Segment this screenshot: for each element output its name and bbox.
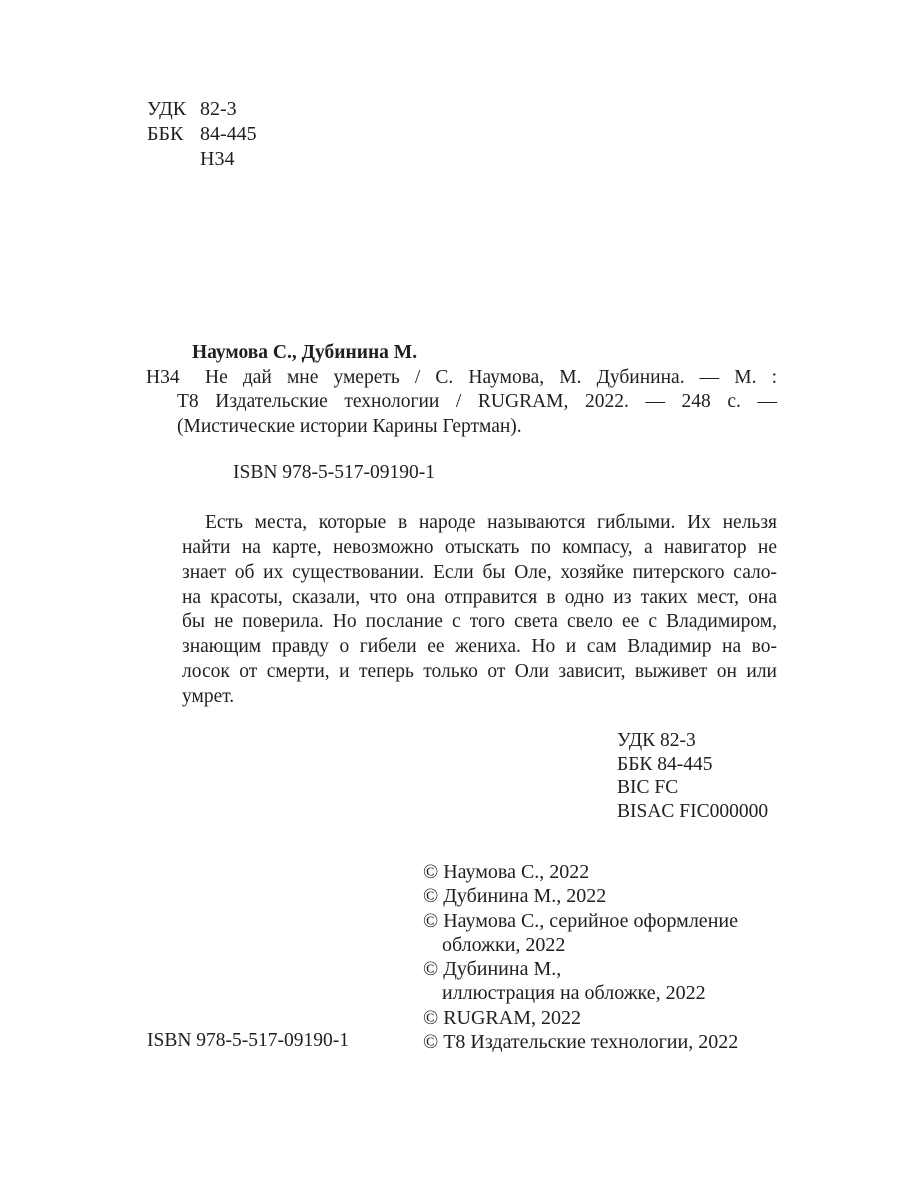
udk-value: 82-3 xyxy=(200,97,237,122)
author-sign-value: Н34 xyxy=(200,147,234,172)
bbk-row: ББК 84-445 xyxy=(147,122,257,147)
catalog-entry-code: Н34 xyxy=(146,366,180,391)
bbk-value: 84-445 xyxy=(200,122,257,147)
isbn-line: ISBN 978-5-517-09190-1 xyxy=(233,461,435,486)
copyright-list: © Наумова С., 2022© Дубинина М., 2022© Н… xyxy=(423,860,738,1054)
udk-row: УДК 82-3 xyxy=(147,97,257,122)
description-lines: Не дай мне умереть / С. Наумова, М. Дуби… xyxy=(177,366,777,440)
author-heading: Наумова С., Дубинина М. xyxy=(177,341,777,366)
bbk-label: ББК xyxy=(147,122,200,147)
udk-label: УДК xyxy=(147,97,200,122)
author-sign-label xyxy=(147,147,200,172)
classification-codes-right: УДК 82-3ББК 84-445BIC FCBISAC FIC000000 xyxy=(617,729,768,824)
bibliographic-description: Н34 Не дай мне умереть / С. Наумова, М. … xyxy=(177,366,777,440)
author-sign-row: Н34 xyxy=(147,147,257,172)
catalog-card: Наумова С., Дубинина М. Н34 Не дай мне у… xyxy=(177,341,777,439)
bottom-isbn-line: ISBN 978-5-517-09190-1 xyxy=(147,1029,349,1054)
classification-codes-top: УДК 82-3 ББК 84-445 Н34 xyxy=(147,97,257,172)
annotation: Есть места, которые в народе называются … xyxy=(182,511,777,710)
